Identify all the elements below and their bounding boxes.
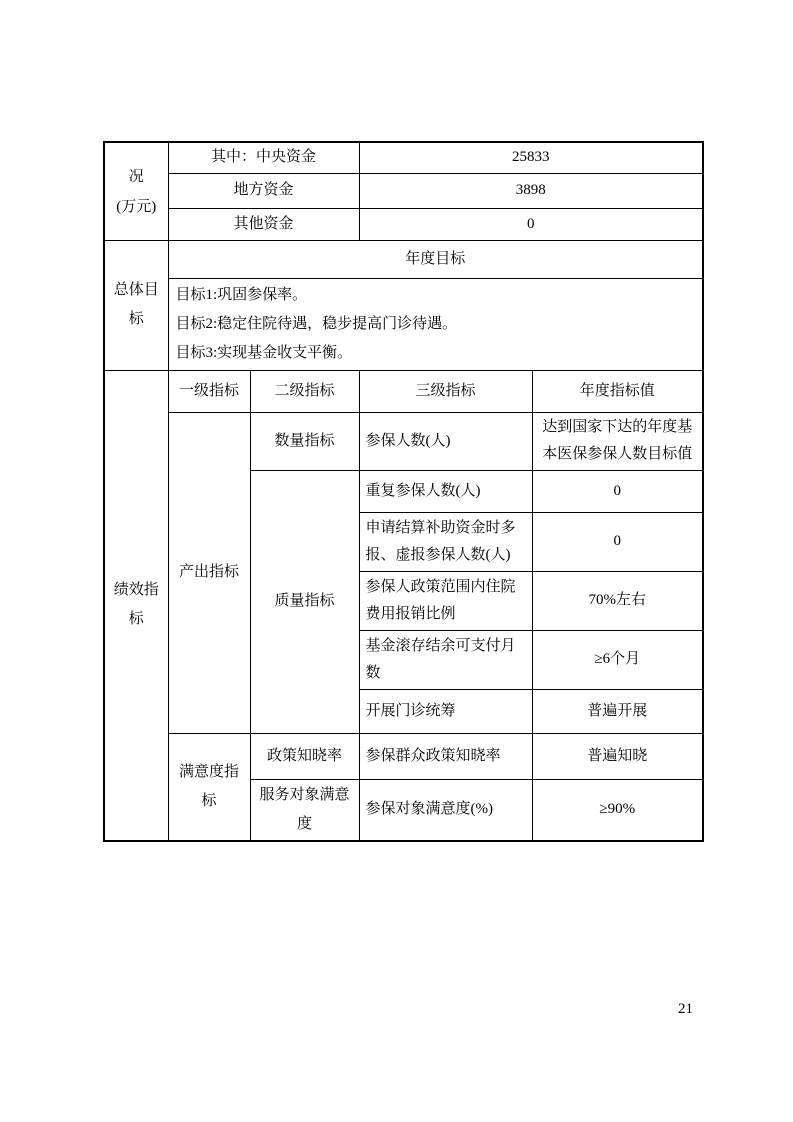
indicator-row-awareness: 满意度指标 政策知晓率 参保群众政策知晓率 普遍知晓 xyxy=(104,733,703,779)
funding-value-local: 3898 xyxy=(359,173,703,208)
header-level3: 三级指标 xyxy=(359,370,532,412)
funding-label-local: 地方资金 xyxy=(168,173,359,208)
performance-label: 绩效指标 xyxy=(104,370,168,841)
group-satisfaction: 满意度指标 xyxy=(168,733,250,841)
funding-continuation-line2: (万元) xyxy=(105,192,168,222)
value-duplicate: 0 xyxy=(532,470,703,512)
group-awareness: 政策知晓率 xyxy=(250,733,359,779)
funding-row-central: 况 (万元) 其中：中央资金 25833 xyxy=(104,142,703,173)
group-quality: 质量指标 xyxy=(250,470,359,733)
group-service-satisfaction: 服务对象满意度 xyxy=(250,779,359,841)
annual-goals-cell: 目标1:巩固参保率。 目标2:稳定住院待遇，稳步提高门诊待遇。 目标3:实现基金… xyxy=(168,278,703,370)
value-awareness: 普遍知晓 xyxy=(532,733,703,779)
indicator-duplicate: 重复参保人数(人) xyxy=(359,470,532,512)
goal-line-1: 目标1:巩固参保率。 xyxy=(176,281,696,310)
funding-continuation-cell: 况 (万元) xyxy=(104,142,168,240)
indicator-overreport: 申请结算补助资金时多报、虚报参保人数(人) xyxy=(359,512,532,571)
group-output: 产出指标 xyxy=(168,412,250,733)
indicator-header-row: 绩效指标 一级指标 二级指标 三级指标 年度指标值 xyxy=(104,370,703,412)
indicator-reimbursement: 参保人政策范围内住院费用报销比例 xyxy=(359,571,532,630)
header-level2: 二级指标 xyxy=(250,370,359,412)
funding-row-local: 地方资金 3898 xyxy=(104,173,703,208)
funding-value-other: 0 xyxy=(359,208,703,240)
performance-report-table: 况 (万元) 其中：中央资金 25833 地方资金 3898 其他资金 0 总体… xyxy=(103,141,704,842)
value-enrollment: 达到国家下达的年度基本医保参保人数目标值 xyxy=(532,412,703,470)
value-overreport: 0 xyxy=(532,512,703,571)
funding-label-central: 其中：中央资金 xyxy=(168,142,359,173)
indicator-fund-balance: 基金滚存结余可支付月数 xyxy=(359,630,532,689)
indicator-enrollment: 参保人数(人) xyxy=(359,412,532,470)
funding-label-other: 其他资金 xyxy=(168,208,359,240)
value-outpatient: 普遍开展 xyxy=(532,689,703,733)
annual-goal-header: 年度目标 xyxy=(168,240,703,278)
annual-goals-row: 目标1:巩固参保率。 目标2:稳定住院待遇，稳步提高门诊待遇。 目标3:实现基金… xyxy=(104,278,703,370)
value-reimbursement: 70%左右 xyxy=(532,571,703,630)
document-page: 况 (万元) 其中：中央资金 25833 地方资金 3898 其他资金 0 总体… xyxy=(0,0,793,1122)
funding-row-other: 其他资金 0 xyxy=(104,208,703,240)
indicator-outpatient: 开展门诊统筹 xyxy=(359,689,532,733)
indicator-awareness: 参保群众政策知晓率 xyxy=(359,733,532,779)
page-number: 21 xyxy=(678,1000,693,1018)
group-quantity: 数量指标 xyxy=(250,412,359,470)
funding-value-central: 25833 xyxy=(359,142,703,173)
annual-goal-header-row: 总体目标 年度目标 xyxy=(104,240,703,278)
goal-line-2: 目标2:稳定住院待遇，稳步提高门诊待遇。 xyxy=(176,310,696,339)
header-level1: 一级指标 xyxy=(168,370,250,412)
indicator-row-enrollment: 产出指标 数量指标 参保人数(人) 达到国家下达的年度基本医保参保人数目标值 xyxy=(104,412,703,470)
overall-goal-label: 总体目标 xyxy=(104,240,168,370)
header-annual-value: 年度指标值 xyxy=(532,370,703,412)
value-satisfaction: ≥90% xyxy=(532,779,703,841)
value-fund-balance: ≥6个月 xyxy=(532,630,703,689)
goal-line-3: 目标3:实现基金收支平衡。 xyxy=(176,339,696,368)
indicator-satisfaction: 参保对象满意度(%) xyxy=(359,779,532,841)
funding-continuation-line1: 况 xyxy=(105,162,168,192)
